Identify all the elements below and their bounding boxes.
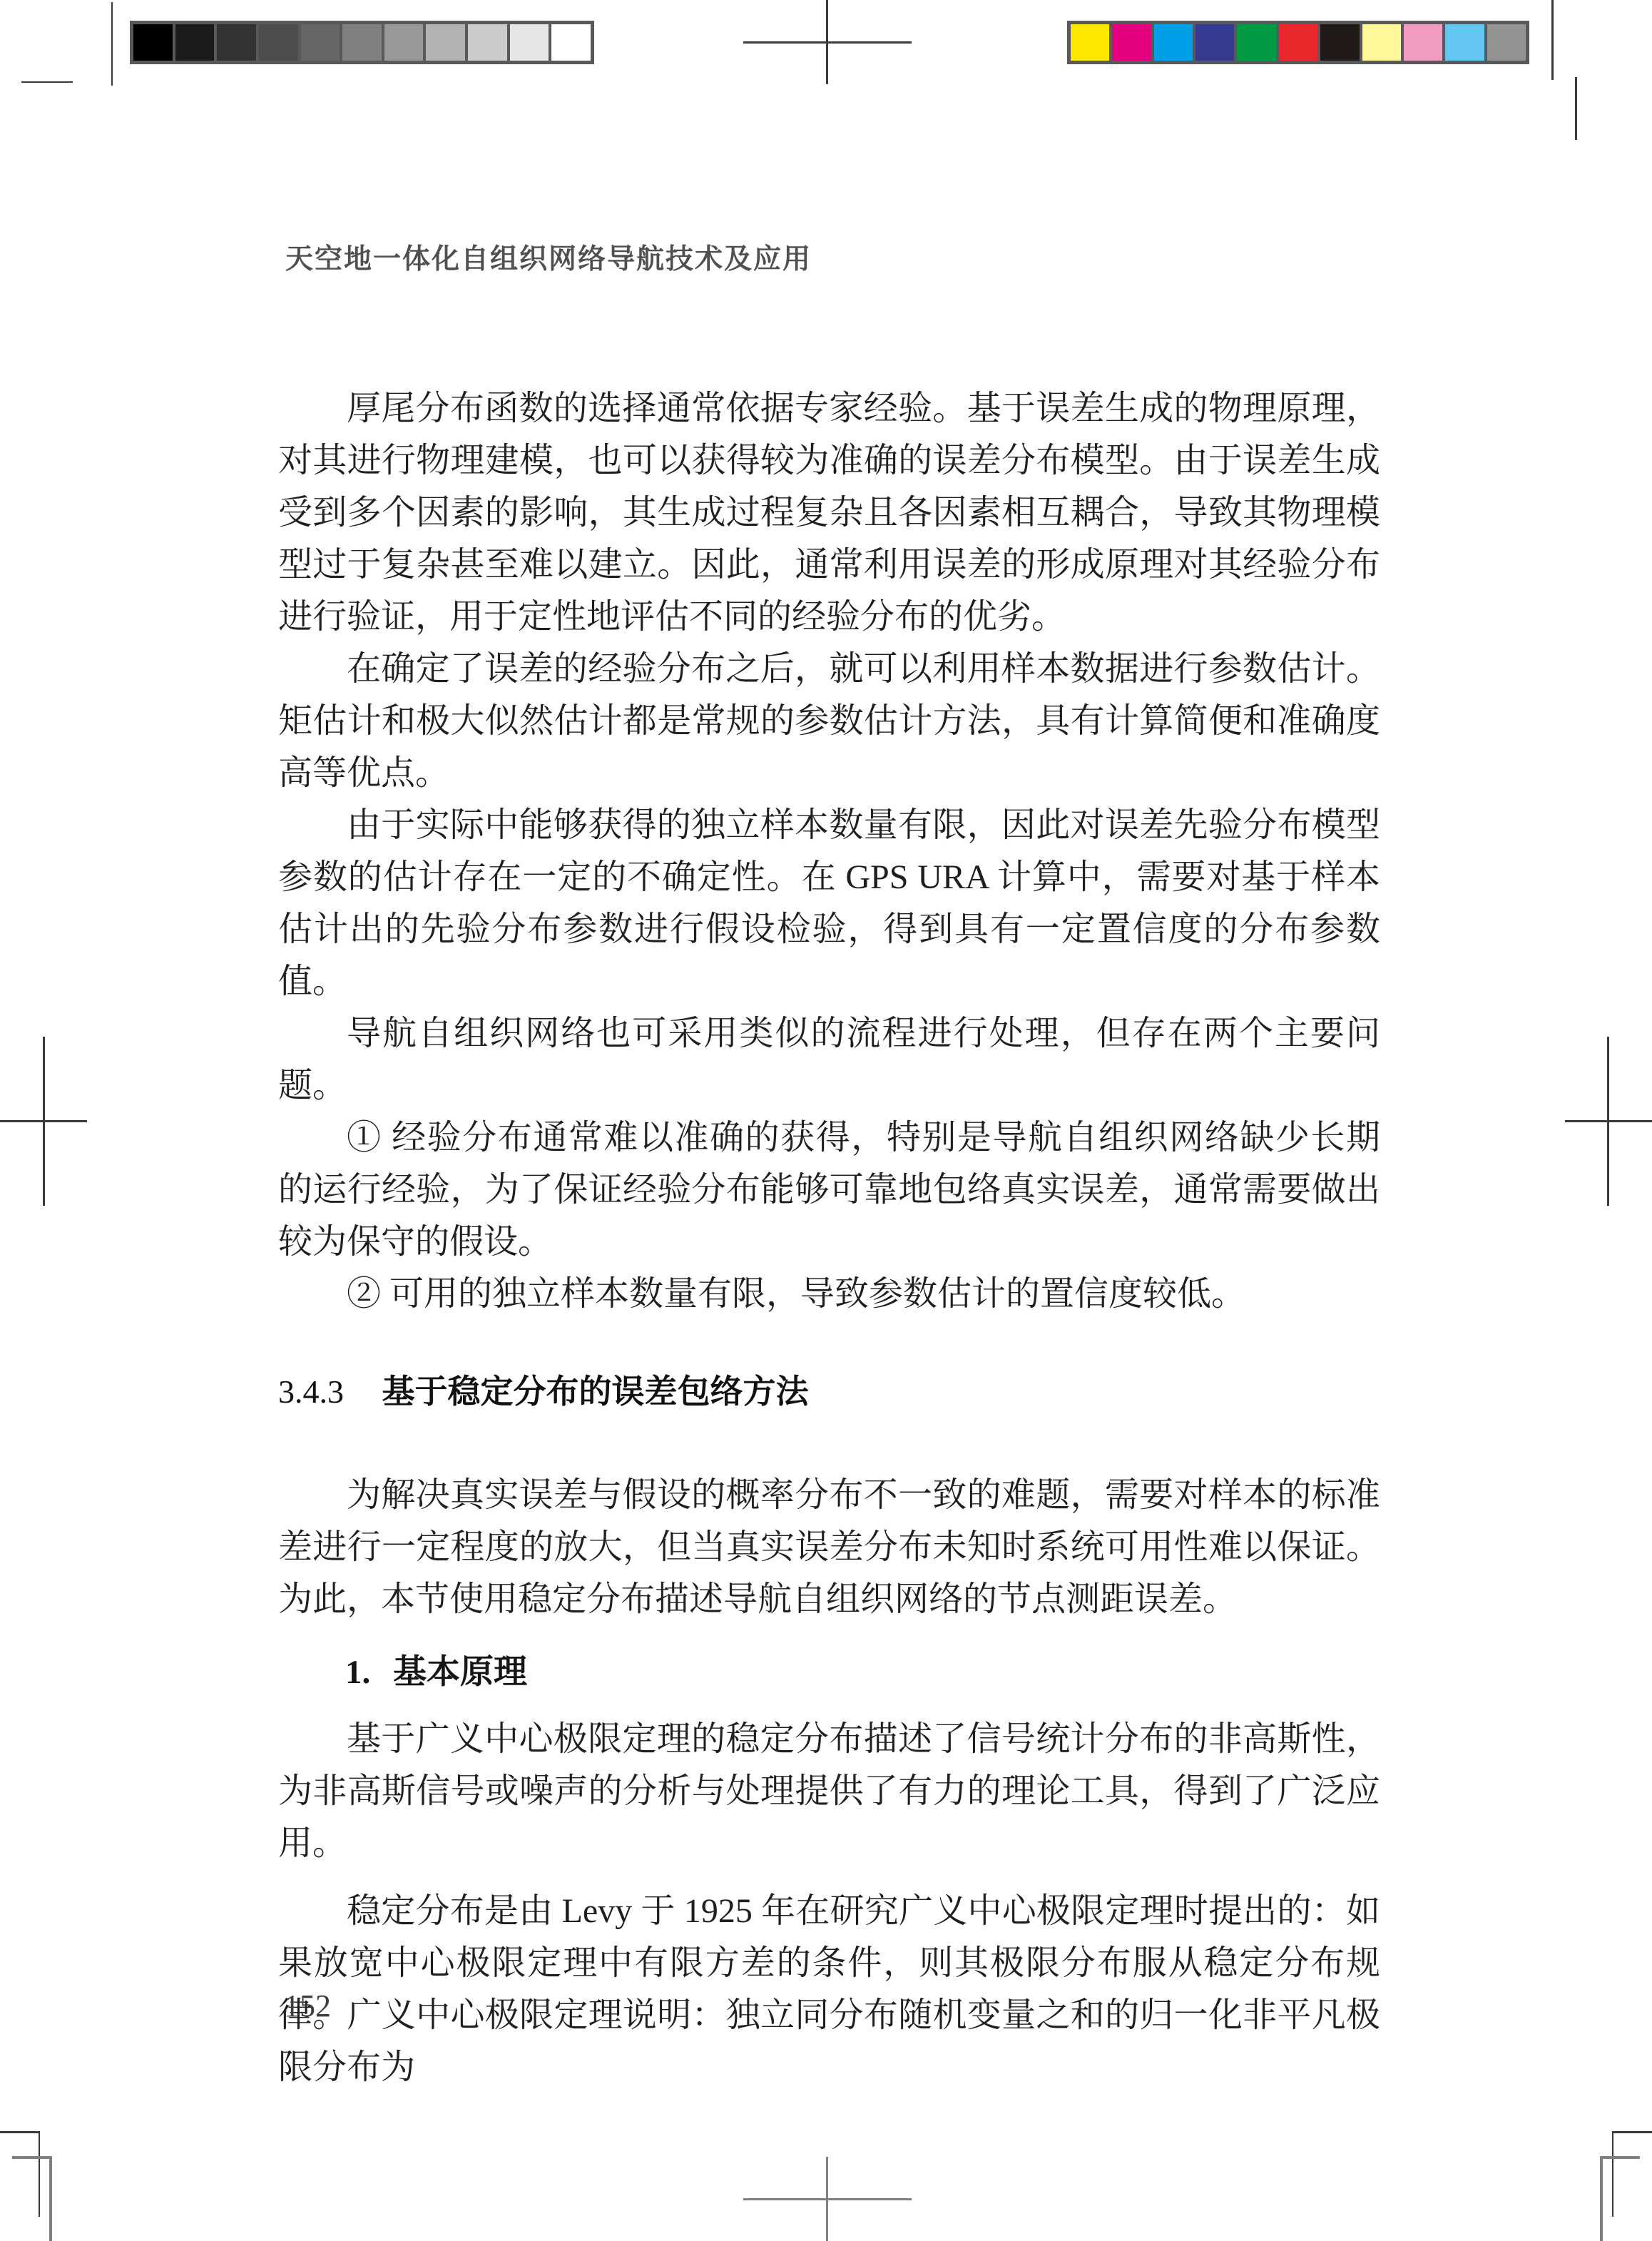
calibration-swatch	[468, 24, 507, 61]
numbered-item: ② 可用的独立样本数量有限，导致参数估计的置信度较低。	[278, 1268, 1380, 1320]
paragraph: 导航自组织网络也可采用类似的流程进行处理，但存在两个主要问题。	[278, 1007, 1380, 1112]
crop-mark-top-left	[111, 2, 113, 86]
calibration-swatch	[301, 24, 340, 61]
registration-mark-left-middle	[0, 1120, 87, 1122]
calibration-swatch	[1320, 24, 1359, 61]
calibration-swatch	[1445, 24, 1484, 61]
crop-mark-bottom-right	[1612, 2131, 1613, 2217]
section-number: 3.4.3	[278, 1373, 344, 1410]
crop-mark-bottom-right	[1600, 2156, 1603, 2241]
calibration-swatch	[551, 24, 591, 61]
paragraph: 稳定分布是由 Levy 于 1925 年在研究广义中心极限定理时提出的：如果放宽…	[278, 1885, 1380, 2093]
subsection-title: 基本原理	[393, 1654, 527, 1691]
numbered-item: ① 经验分布通常难以准确的获得，特别是导航自组织网络缺少长期的运行经验，为了保证…	[278, 1112, 1380, 1268]
calibration-swatch	[1487, 24, 1526, 61]
subsection-number: 1.	[345, 1654, 370, 1691]
grayscale-calibration-bar	[130, 21, 594, 64]
crop-mark-top-right	[1575, 77, 1577, 140]
paragraph: 厚尾分布函数的选择通常依据专家经验。基于误差生成的物理原理，对其进行物理建模，也…	[278, 382, 1380, 643]
registration-mark-bottom-center	[743, 2198, 912, 2200]
section-heading: 3.4.3 基于稳定分布的误差包络方法	[278, 1363, 1380, 1421]
calibration-swatch	[133, 24, 173, 61]
calibration-swatch	[1237, 24, 1275, 61]
calibration-swatch	[426, 24, 465, 61]
color-calibration-bar	[1067, 21, 1529, 64]
calibration-swatch	[1279, 24, 1317, 61]
calibration-swatch	[1404, 24, 1442, 61]
paragraph: 基于广义中心极限定理的稳定分布描述了信号统计分布的非高斯性，为非高斯信号或噪声的…	[278, 1713, 1380, 1869]
crop-mark-bottom-right	[1612, 2131, 1652, 2133]
calibration-swatch	[384, 24, 424, 61]
registration-mark-right-middle	[1565, 1120, 1652, 1122]
book-page: 天空地一体化自组织网络导航技术及应用 厚尾分布函数的选择通常依据专家经验。基于误…	[0, 0, 1652, 2241]
calibration-swatch	[1112, 24, 1151, 61]
crop-mark-bottom-left	[0, 2131, 40, 2133]
calibration-swatch	[175, 24, 215, 61]
calibration-swatch	[1071, 24, 1109, 61]
calibration-swatch	[1154, 24, 1193, 61]
registration-mark-top-center	[743, 41, 912, 44]
paragraph: 为解决真实误差与假设的概率分布不一致的难题，需要对样本的标准差进行一定程度的放大…	[278, 1469, 1380, 1625]
running-head: 天空地一体化自组织网络导航技术及应用	[285, 241, 812, 278]
calibration-swatch	[1195, 24, 1234, 61]
calibration-swatch	[1362, 24, 1401, 61]
calibration-swatch	[259, 24, 298, 61]
page-number: 152	[284, 1988, 331, 2024]
calibration-swatch	[217, 24, 256, 61]
crop-mark-bottom-right	[1600, 2156, 1640, 2159]
crop-mark-top-right	[1551, 0, 1554, 80]
subsection-heading: 1. 基本原理	[278, 1647, 1380, 1699]
crop-mark-top-left	[21, 81, 73, 83]
calibration-swatch	[342, 24, 382, 61]
text-column: 厚尾分布函数的选择通常依据专家经验。基于误差生成的物理原理，对其进行物理建模，也…	[278, 382, 1380, 2093]
paragraph: 在确定了误差的经验分布之后，就可以利用样本数据进行参数估计。矩估计和极大似然估计…	[278, 643, 1380, 799]
paragraph: 由于实际中能够获得的独立样本数量有限，因此对误差先验分布模型参数的估计存在一定的…	[278, 799, 1380, 1007]
crop-mark-bottom-left	[49, 2156, 52, 2241]
calibration-swatch	[510, 24, 549, 61]
crop-mark-bottom-left	[12, 2156, 52, 2159]
crop-mark-bottom-left	[39, 2131, 40, 2217]
section-title: 基于稳定分布的误差包络方法	[382, 1373, 809, 1410]
